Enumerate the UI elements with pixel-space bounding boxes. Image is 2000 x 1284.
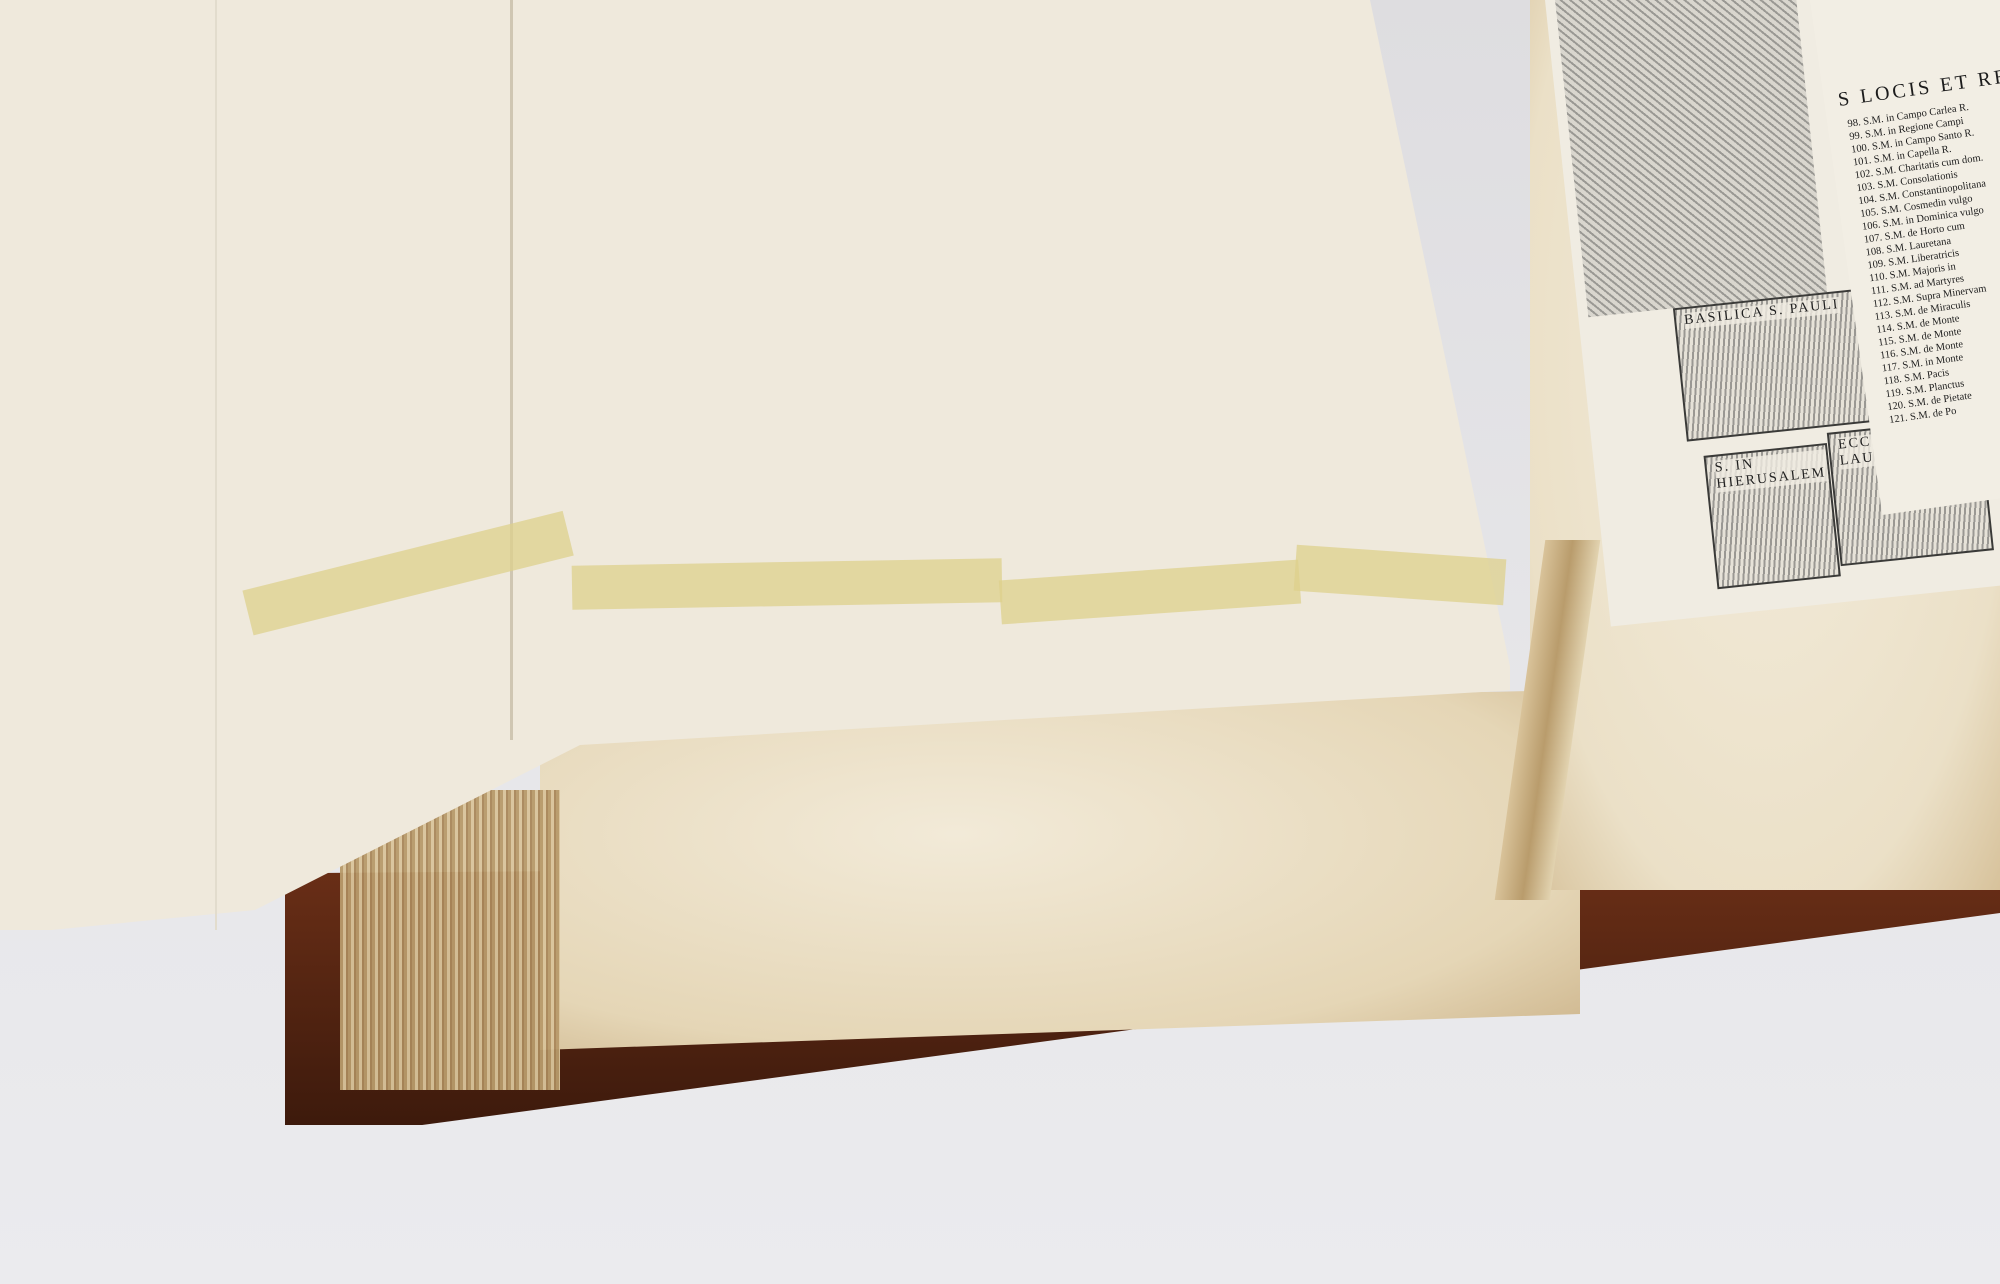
fold-crease bbox=[510, 0, 513, 740]
panel-hierusalem: S. IN HIERUSALEM bbox=[1704, 443, 1841, 589]
fold-crease bbox=[215, 0, 217, 930]
book-left-page bbox=[540, 690, 1580, 1050]
index-list: 98. S.M. in Campo Carlea R. 99. S.M. in … bbox=[1847, 100, 2000, 427]
map-view-engraving bbox=[1555, 0, 1827, 317]
photo-scene: BASILICA S. PAULI S. IN HIERUSALEM ECC. … bbox=[0, 0, 2000, 1284]
panel-caption: S. IN HIERUSALEM bbox=[1714, 449, 1829, 493]
repair-tape-strip bbox=[572, 558, 1003, 609]
